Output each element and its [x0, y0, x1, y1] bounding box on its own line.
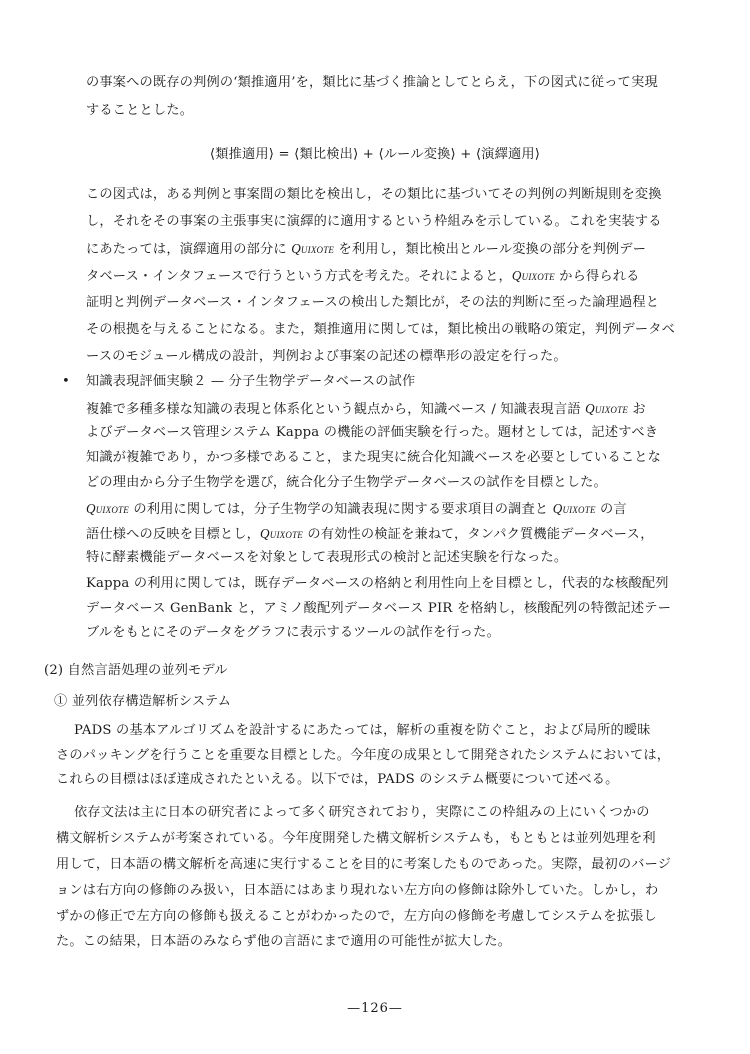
para6-line-6: た。この結果，日本語のみならず他の言語にまで適用の可能性が拡大した。 — [56, 933, 511, 951]
quixote-term: Quixote — [291, 241, 334, 256]
text: の言 — [596, 502, 627, 517]
para3-line-2: 語仕様への反映を目標とし，Quixote の有効性の検証を兼ねて，タンパク質機能… — [86, 525, 654, 544]
intro-line-1: の事案への既存の判例の‘類推適用’を，類比に基づく推論としてとらえ，下の図式に従… — [86, 74, 658, 92]
quixote-term: Quixote — [585, 401, 628, 416]
para2-line-1: 複雑で多種多様な知識の表現と体系化という観点から，知識ベース / 知識表現言語 … — [86, 400, 646, 419]
quixote-term: Quixote — [512, 268, 555, 283]
page-number: —126— — [0, 1000, 750, 1018]
para2-line-4: どの理由から分子生物学を選び，統合化分子生物学データベースの試作を目標とした。 — [86, 474, 607, 492]
text: の有効性の検証を兼ねて，タンパク質機能データベース， — [303, 527, 654, 542]
para2-line-3: 知識が複雑であり，かつ多様であること，また現実に統合化知識ベースを必要としている… — [86, 449, 661, 467]
para4-line-2: データベース GenBank と，アミノ酸配列データベース PIR を格納し，核… — [86, 600, 671, 618]
text: にあたっては，演繹適用の部分に — [86, 242, 291, 257]
text: 語仕様への反映を目標とし， — [86, 527, 260, 542]
para2-line-2: よびデータベース管理システム Kappa の機能の評価実験を行った。題材としては… — [86, 424, 658, 442]
text: タベース・インタフェースで行うという方式を考えた。それによると， — [86, 269, 512, 284]
para6-line-3: 用して，日本語の構文解析を高速に実行することを目的に考案したものであった。実際，… — [56, 856, 671, 874]
para5-line-2: さのパッキングを行うことを重要な目標とした。今年度の成果として開発されたシステム… — [56, 747, 670, 765]
para1-line-4: タベース・インタフェースで行うという方式を考えた。それによると，Quixote … — [86, 267, 640, 286]
para5-line-3: これらの目標はほぼ達成されたといえる。以下では，PADS のシステム概要について… — [56, 771, 619, 789]
section-heading: (2) 自然言語処理の並列モデル — [44, 662, 228, 680]
text: 複雑で多種多様な知識の表現と体系化という観点から，知識ベース / 知識表現言語 — [86, 402, 585, 417]
bullet-title: 知識表現評価実験２ — 分子生物学データベースの試作 — [86, 373, 415, 391]
quixote-term: Quixote — [553, 501, 596, 516]
para1-line-6: その根拠を与えることになる。また，類推適用に関しては，類比検出の戦略の策定，判例… — [86, 321, 675, 339]
para6-line-2: 構文解析システムが考案されている。今年度開発した構文解析システムも，もともとは並… — [56, 830, 656, 848]
para3-line-1: Quixote の利用に関しては，分子生物学の知識表現に関する要求項目の調査と … — [86, 500, 627, 519]
para1-line-7: ースのモジュール構成の設計，判例および事案の記述の標準形の設定を行った。 — [86, 348, 567, 366]
para6-line-4: ョンは右方向の修飾のみ扱い，日本語にはあまり現れない左方向の修飾は除外していた。… — [56, 882, 658, 900]
para4-line-3: ブルをもとにそのデータをグラフに表示するツールの試作を行った。 — [86, 624, 500, 642]
para1-line-3: にあたっては，演繹適用の部分に Quixote を利用し，類比検出とルール変換の… — [86, 240, 646, 259]
bullet-marker: • — [62, 373, 70, 391]
text: を利用し，類比検出とルール変換の部分を判例デー — [334, 242, 646, 257]
quixote-term: Quixote — [86, 501, 129, 516]
text: から得られる — [555, 269, 640, 284]
para1-line-1: この図式は，ある判例と事案間の類比を検出し，その類比に基づいてその判例の判断規則… — [86, 186, 662, 204]
subsection-heading: ① 並列依存構造解析システム — [54, 693, 231, 711]
text: お — [628, 402, 646, 417]
para1-line-2: し，それをその事案の主張事実に演繹的に適用するという枠組みを示している。これを実… — [86, 213, 662, 231]
para1-line-5: 証明と判例データベース・インタフェースの検出した類比が，その法的判断に至った論理… — [86, 294, 659, 312]
para4-line-1: Kappa の利用に関しては，既存データベースの格納と利用性向上を目標とし，代表… — [86, 575, 669, 593]
para6-line-1: 依存文法は主に日本の研究者によって多く研究されており，実際にこの枠組みの上にいく… — [74, 804, 650, 822]
formula: ⟨類推適用⟩ = ⟨類比検出⟩ + ⟨ルール変換⟩ + ⟨演繹適用⟩ — [0, 146, 750, 164]
para3-line-3: 特に酵素機能データベースを対象として表現形式の検討と記述実験を行なった。 — [86, 549, 567, 567]
para6-line-5: ずかの修正で左方向の修飾も扱えることがわかったので，左方向の修飾を考慮してシステ… — [56, 908, 657, 926]
para5-line-1: PADS の基本アルゴリズムを設計するにあたっては，解析の重複を防ぐこと，および… — [74, 722, 651, 740]
quixote-term: Quixote — [260, 526, 303, 541]
intro-line-2: することとした。 — [86, 102, 193, 120]
text: の利用に関しては，分子生物学の知識表現に関する要求項目の調査と — [129, 502, 553, 517]
